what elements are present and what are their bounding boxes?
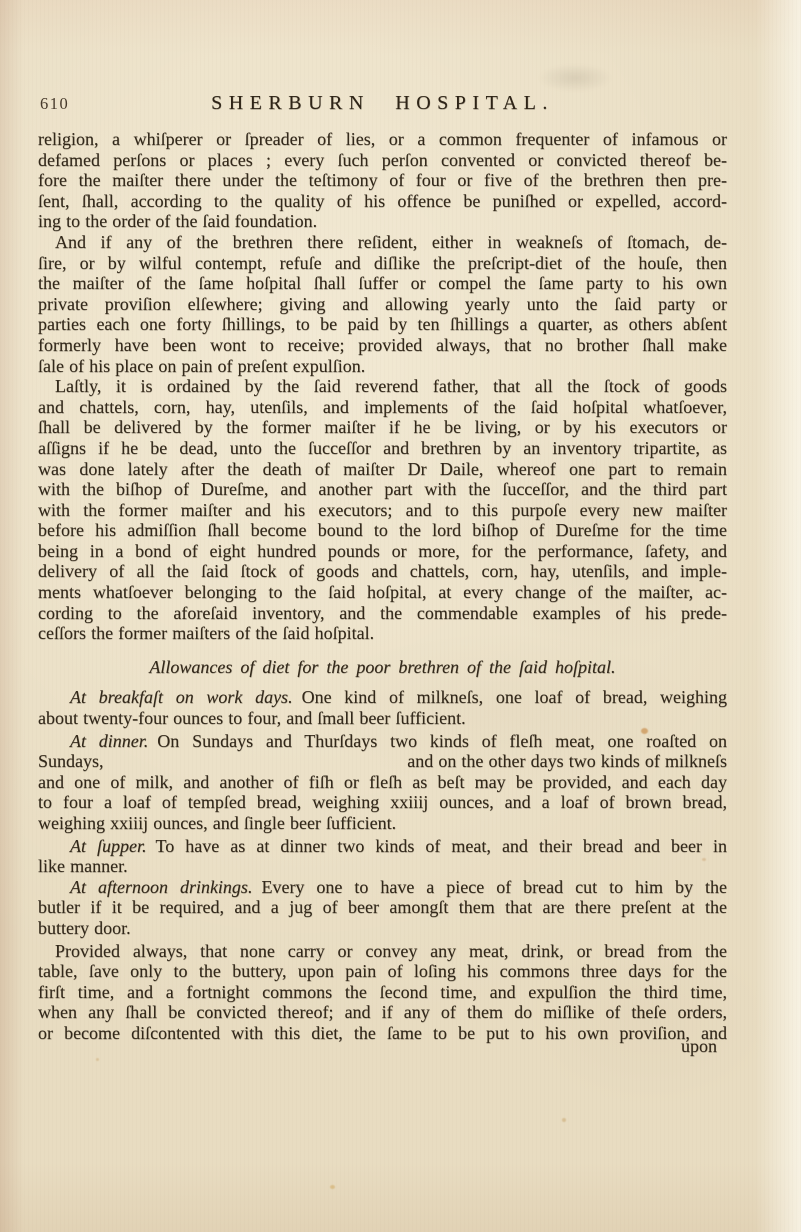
paragraph-offences-discipline: religion, a whiſperer or ſpreader of lie…: [38, 129, 727, 232]
text-line: Provided always, that none carry or conv…: [38, 941, 727, 962]
text-line: At dinner.On Sundays and Thurſdays two k…: [38, 731, 727, 752]
entry-lead: At ſupper.: [70, 836, 147, 856]
text-line: weighing xxiiij ounces, and ſingle beer …: [38, 813, 727, 834]
text-line: was done lately after the death of maiſt…: [38, 459, 727, 480]
text-line: Laſtly, it is ordained by the ſaid rever…: [38, 376, 727, 397]
text-line: table, ſave only to the buttery, upon pa…: [38, 961, 727, 982]
split-line-left: Sundays,: [38, 751, 104, 772]
text-line: ceſſors the former maiſters of the ſaid …: [38, 623, 727, 644]
running-title: SHERBURN HOSPITAL.: [211, 92, 554, 114]
text-line: ſale of his place on pain of preſent exp…: [38, 356, 727, 377]
scanned-book-page: 610 SHERBURN HOSPITAL. religion, a whiſp…: [0, 0, 801, 1232]
entry-lead: At afternoon drinkings.: [70, 877, 252, 897]
paragraph-provided-always: Provided always, that none carry or conv…: [38, 941, 727, 1044]
text-line: aſſigns if he be dead, unto the ſucceſſo…: [38, 438, 727, 459]
text-line: being in a bond of eight hundred pounds …: [38, 541, 727, 562]
entry-afternoon-drinkings: At afternoon drinkings.Every one to have…: [38, 877, 727, 939]
paragraph-diet-refusal: And if any of the brethren there reſiden…: [38, 232, 727, 376]
text-line: before his admiſſion ſhall become bound …: [38, 520, 727, 541]
text-line: And if any of the brethren there reſiden…: [38, 232, 727, 253]
page-number: 610: [40, 94, 69, 114]
entry-dinner: At dinner.On Sundays and Thurſdays two k…: [38, 731, 727, 834]
text-line: parties each one forty ſhillings, to be …: [38, 314, 727, 335]
text-line: defamed perſons or places ; every ſuch p…: [38, 150, 727, 171]
text-line: and chattels, corn, hay, utenſils, and i…: [38, 397, 727, 418]
entry-lead: At dinner.: [70, 731, 148, 751]
text-line: firſt time, and a fortnight commons the …: [38, 982, 727, 1003]
text-line: Sundays,and on the other days two kinds …: [38, 751, 727, 772]
ink-smudge: [538, 64, 612, 92]
paragraph-stock-inventory: Laſtly, it is ordained by the ſaid rever…: [38, 376, 727, 644]
foxing-spot: [96, 1058, 99, 1061]
text-line: buttery door.: [38, 918, 727, 939]
foxing-spot: [330, 1185, 335, 1189]
text-line: At breakfaſt on work days.One kind of mi…: [38, 687, 727, 708]
page-header: 610 SHERBURN HOSPITAL.: [38, 92, 727, 115]
text-line: like manner.: [38, 856, 727, 877]
text-line: ing to the order of the ſaid foundation.: [38, 211, 727, 232]
section-heading-allowances: Allowances of diet for the poor brethren…: [38, 657, 727, 678]
entry-supper: At ſupper.To have as at dinner two kinds…: [38, 836, 727, 877]
split-line-right: and on the other days two kinds of milkn…: [407, 751, 727, 772]
text-line: fore the maiſter there under the teſtimo…: [38, 170, 727, 191]
text-line: ſire, or by wilful contempt, refuſe and …: [38, 253, 727, 274]
text-line: when any ſhall be convicted thereof; and…: [38, 1002, 727, 1023]
text-line: to four a loaf of tempſed bread, weighin…: [38, 792, 727, 813]
text-line: about twenty-four ounces to four, and ſm…: [38, 708, 727, 729]
text-line: the maiſter of the ſame hoſpital ſhall ſ…: [38, 273, 727, 294]
entry-lead: At breakfaſt on work days.: [70, 687, 293, 707]
text-line: formerly have been wont to receive; prov…: [38, 335, 727, 356]
text-line: private proviſion elſewhere; giving and …: [38, 294, 727, 315]
text-line: delivery of all the ſaid ſtock of goods …: [38, 561, 727, 582]
entry-breakfast: At breakfaſt on work days.One kind of mi…: [38, 687, 727, 728]
text-line: At ſupper.To have as at dinner two kinds…: [38, 836, 727, 857]
foxing-spot: [562, 1118, 566, 1122]
text-line: religion, a whiſperer or ſpreader of lie…: [38, 129, 727, 150]
text-line: ments whatſoever belonging to the ſaid h…: [38, 582, 727, 603]
text-line: ſent, ſhall, according to the quality of…: [38, 191, 727, 212]
text-line: with the biſhop of Dureſme, and another …: [38, 479, 727, 500]
catchword: upon: [681, 1036, 717, 1057]
text-block: religion, a whiſperer or ſpreader of lie…: [38, 129, 727, 1044]
text-line: At afternoon drinkings.Every one to have…: [38, 877, 727, 898]
text-line: cording to the aforeſaid inventory, and …: [38, 603, 727, 624]
text-line: or become diſcontented with this diet, t…: [38, 1023, 727, 1044]
text-line: and one of milk, and another of fiſh or …: [38, 772, 727, 793]
text-line: with the former maiſter and his executor…: [38, 500, 727, 521]
text-line: butler if it be required, and a jug of b…: [38, 897, 727, 918]
text-line: ſhall be delivered by the former maiſter…: [38, 417, 727, 438]
